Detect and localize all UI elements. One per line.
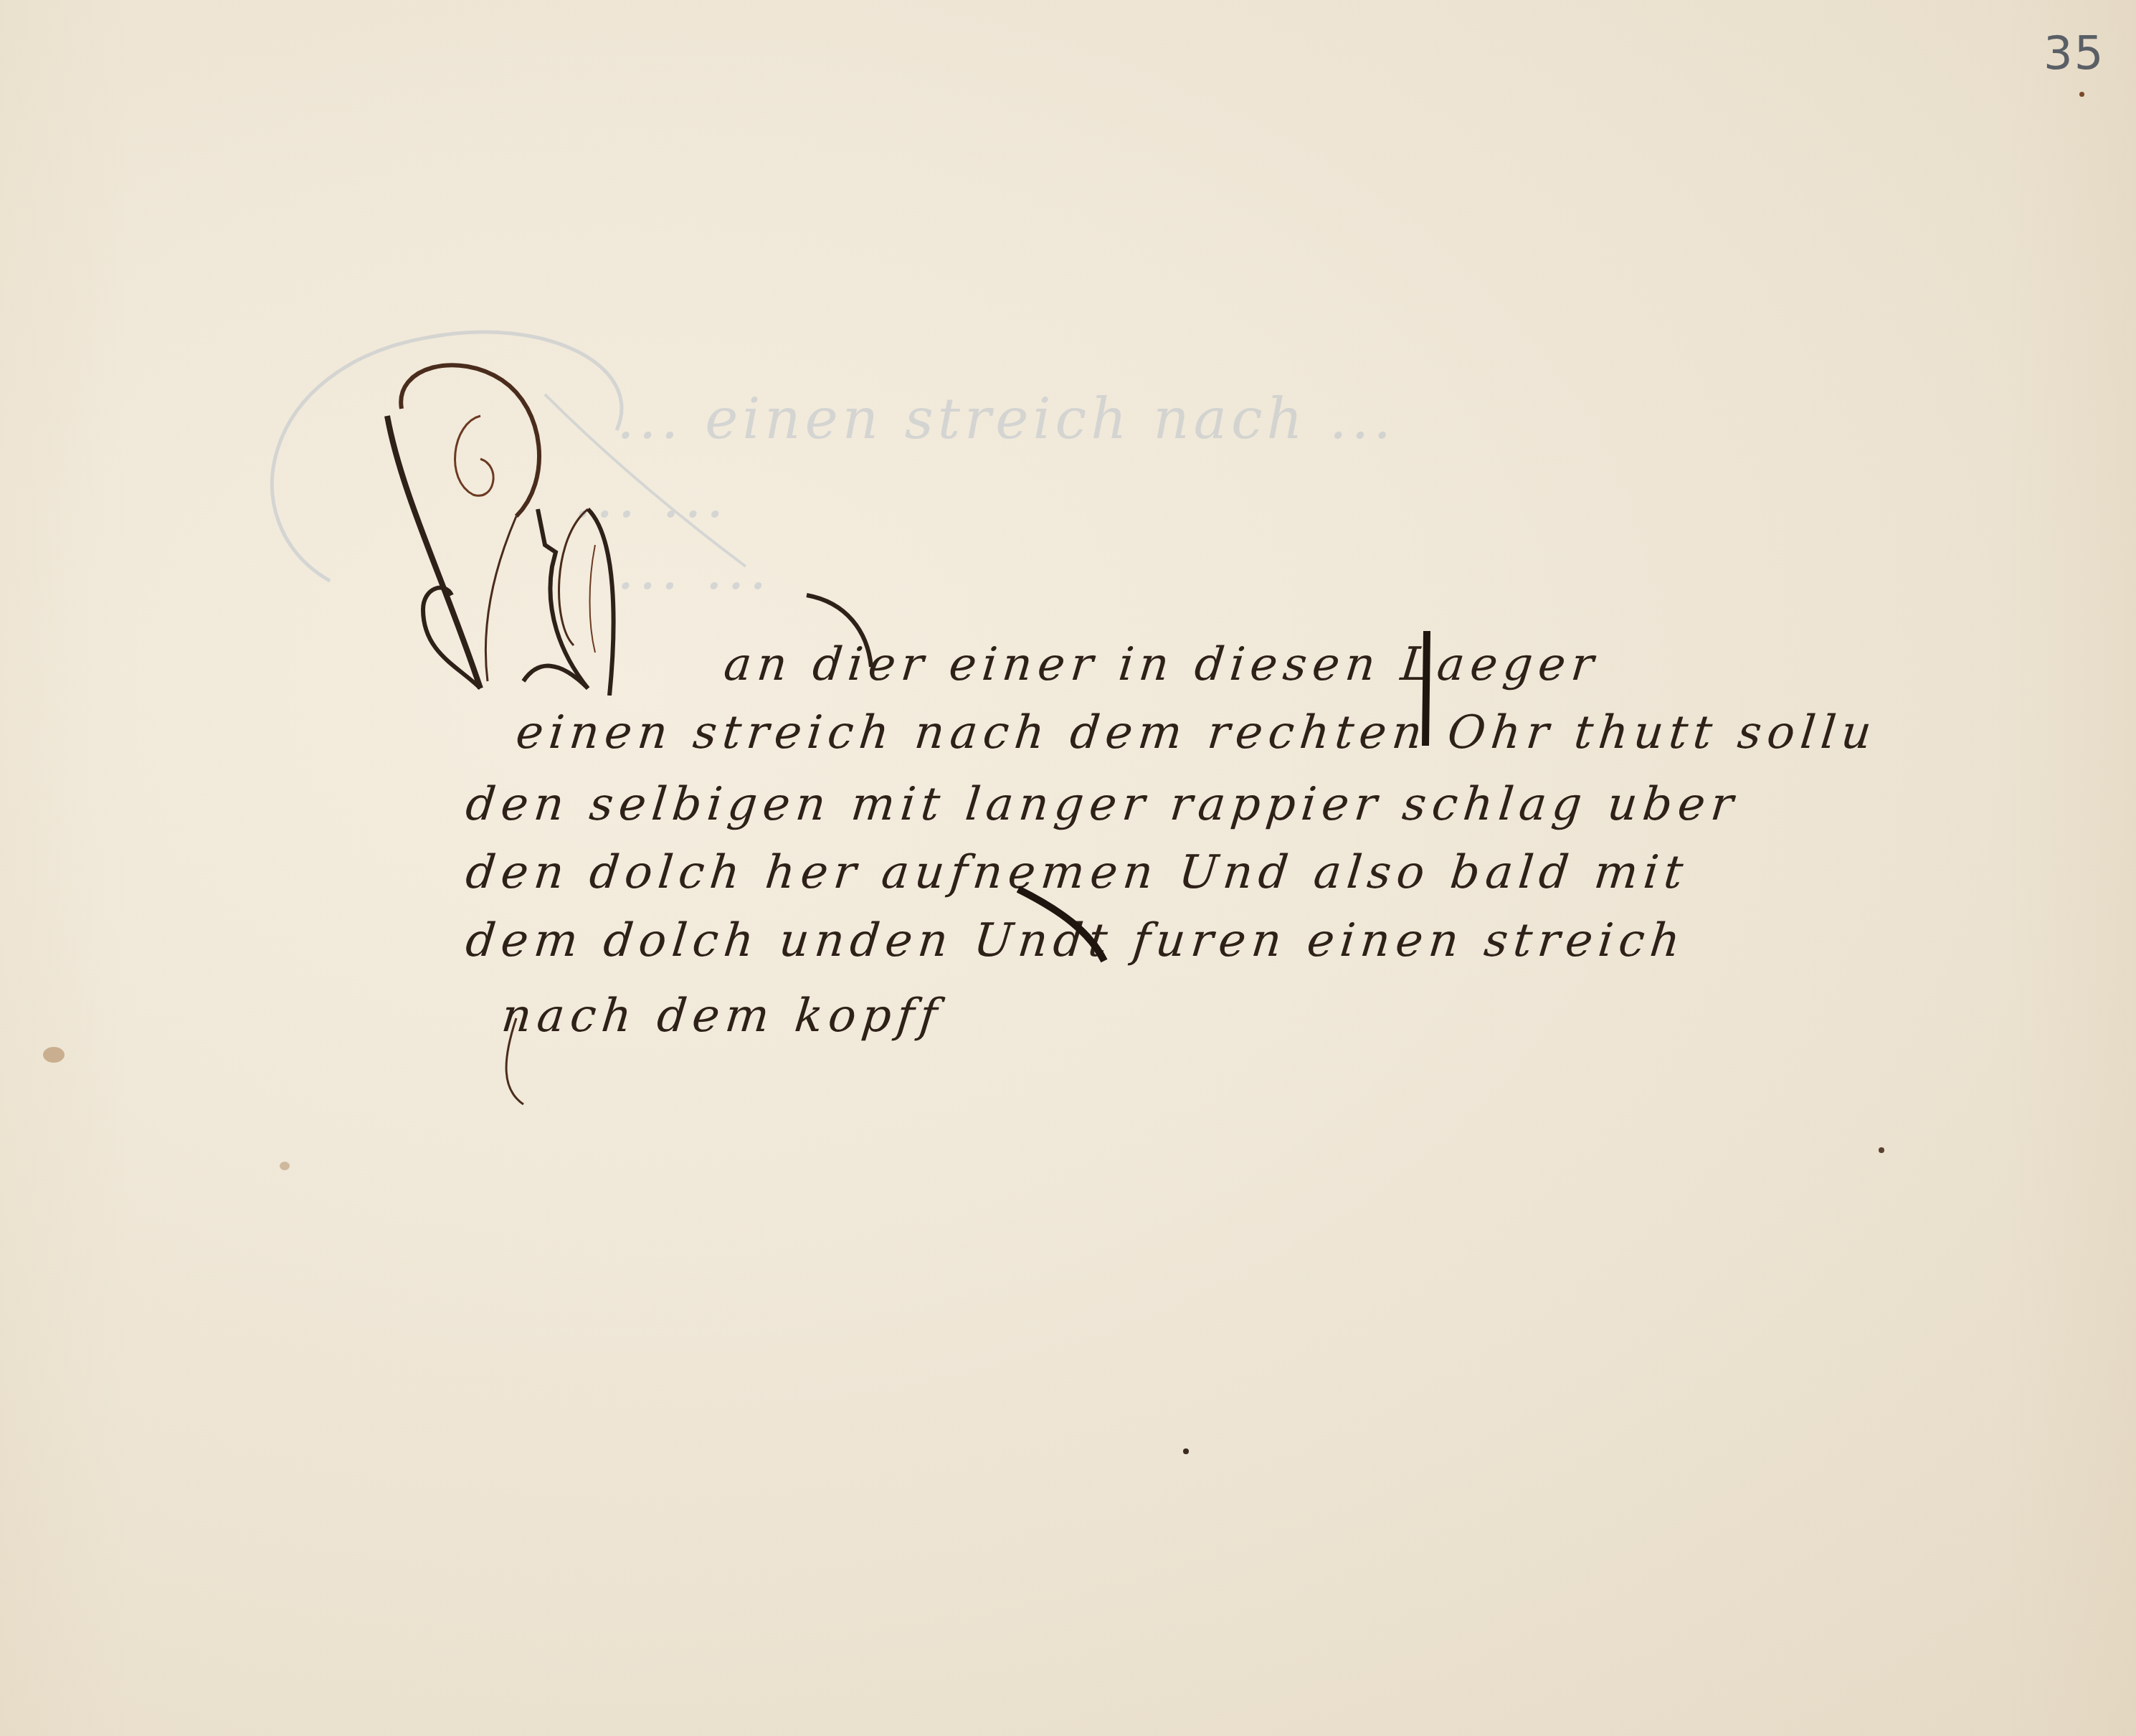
paper-speck [1879, 1147, 1884, 1153]
manuscript-text: an dier einer in diesen Laeger einen str… [0, 0, 2136, 1736]
paper-speck [1183, 1448, 1189, 1454]
pen-flourishes-icon [0, 0, 2136, 1736]
paper-stain [43, 1047, 65, 1063]
paper-stain [280, 1162, 290, 1170]
manuscript-page: ... einen streich nach ... ... ... ... .… [0, 0, 2136, 1736]
paper-speck [2079, 92, 2084, 97]
